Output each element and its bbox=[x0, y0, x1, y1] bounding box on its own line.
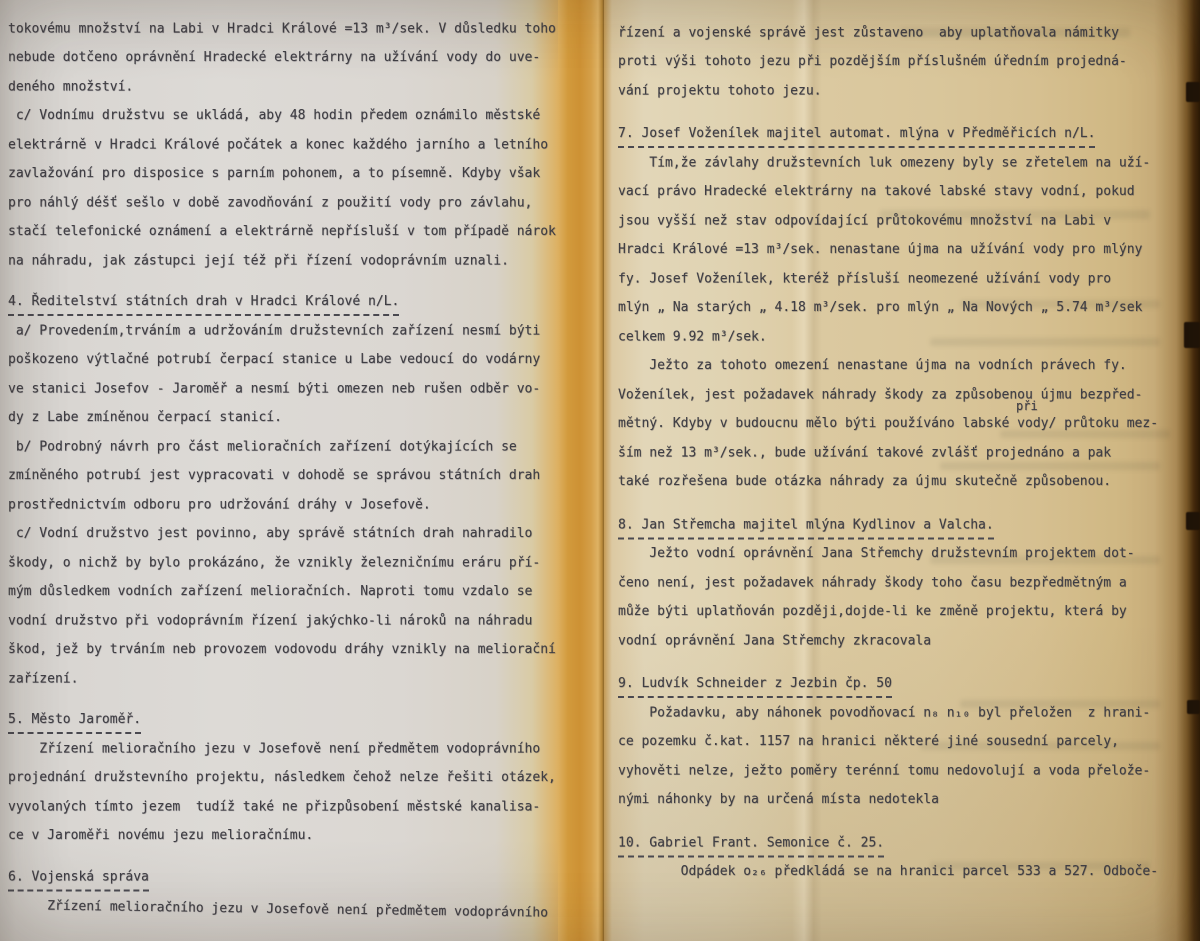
left-page-text: tokovému množství na Labi v Hradci Králo… bbox=[8, 14, 604, 920]
text-line: elektrárně v Hradci Králové počátek a ko… bbox=[8, 131, 604, 160]
section-heading: 6. Vojenská správa bbox=[8, 863, 604, 892]
text-line: Ježto za tohoto omezení nenastane újma n… bbox=[618, 351, 1196, 380]
text-line: škody, o nichž by bylo prokázáno, že vzn… bbox=[8, 549, 604, 578]
section-heading: 10. Gabriel Frant. Semonice č. 25. bbox=[618, 829, 1196, 858]
text-line: fy. Josef Voženílek, kteréž přísluší neo… bbox=[618, 265, 1196, 294]
text-line: stačí telefonické oznámení a elektrárně … bbox=[8, 217, 604, 246]
text-line: Zřízení melioračního jezu v Josefově nen… bbox=[8, 735, 604, 764]
text-line: nebude dotčeno oprávnění Hradecké elektr… bbox=[8, 43, 604, 72]
section-heading: 5. Město Jaroměř. bbox=[8, 705, 604, 734]
text-line: tokovému množství na Labi v Hradci Králo… bbox=[8, 15, 604, 44]
text-line: Požadavku, aby náhonek povodňovací n₈ n₁… bbox=[618, 699, 1196, 728]
text-line: Tím,že závlahy družstevních luk omezeny … bbox=[618, 149, 1196, 178]
text-line: ším než 13 m³/sek., bude užívání takové … bbox=[618, 439, 1196, 468]
text-line: mým důsledkem vodních zařízení melioračn… bbox=[8, 577, 604, 606]
text-line: čeno není, jest požadavek náhrady škody … bbox=[618, 569, 1196, 598]
text-line: vyhověti nelze, ježto poměry terénní tom… bbox=[618, 757, 1196, 786]
text-line: Hradci Králové =13 m³/sek. nenastane újm… bbox=[618, 235, 1196, 264]
text-line: může býti uplatňován později,dojde-li ke… bbox=[618, 597, 1196, 626]
section-heading: 9. Ludvík Schneider z Jezbin čp. 50 bbox=[618, 669, 1196, 698]
text-line: škod, jež by trváním neb provozem vodovo… bbox=[8, 635, 604, 664]
text-line: vací právo Hradecké elektrárny na takové… bbox=[618, 177, 1196, 206]
text-line: ce v Jaroměři novému jezu melioračnímu. bbox=[8, 821, 604, 850]
text-line: vodní družstvo při vodoprávním řízení ja… bbox=[8, 607, 604, 636]
ink-blot bbox=[1184, 322, 1200, 348]
section-heading-text: 10. Gabriel Frant. Semonice č. 25. bbox=[618, 832, 884, 858]
text-line: vyvolaných tímto jezem tudíž také ne při… bbox=[8, 793, 604, 822]
right-page-text: řízení a vojenské správě jest zůstaveno … bbox=[618, 18, 1196, 886]
text-line: také rozřešena bude otázka náhrady za új… bbox=[618, 467, 1196, 496]
ink-blot bbox=[1186, 512, 1200, 530]
section-heading: 4. Ředitelství státních drah v Hradci Kr… bbox=[8, 287, 604, 316]
text-line: jsou vyšší než stav odpovídající průtoko… bbox=[618, 207, 1196, 236]
section-heading-text: 4. Ředitelství státních drah v Hradci Kr… bbox=[8, 290, 399, 316]
text-line: projednání družstevního projektu, násled… bbox=[8, 763, 604, 792]
text-line: Ježto vodní oprávnění Jana Střemchy druž… bbox=[618, 539, 1196, 568]
text-line: Odpádek o₂₆ předkládá se na hranici parc… bbox=[618, 857, 1196, 886]
text-line: ve stanici Josefov - Jaroměř a nesmí být… bbox=[8, 375, 604, 404]
section-heading-text: 8. Jan Střemcha majitel mlýna Kydlinov a… bbox=[618, 514, 994, 540]
section-heading-text: 5. Město Jaroměř. bbox=[8, 708, 141, 734]
text-line: mětný. Kdyby v budoucnu mělo býti použív… bbox=[618, 409, 1196, 438]
ink-blot bbox=[1187, 700, 1200, 714]
text-line: zařízení. bbox=[8, 665, 604, 694]
section-heading-text: 7. Josef Voženílek majitel automat. mlýn… bbox=[618, 122, 1095, 148]
ink-blot bbox=[1186, 82, 1200, 102]
text-line: celkem 9.92 m³/sek. bbox=[618, 323, 1196, 352]
text-line: c/ Vodní družstvo jest povinno, aby sprá… bbox=[8, 519, 604, 548]
text-line: deného množství. bbox=[8, 73, 604, 102]
text-line: zmíněného potrubí jest vypracovati v doh… bbox=[8, 461, 604, 490]
text-line: b/ Podrobný návrh pro část melioračních … bbox=[8, 433, 604, 462]
text-line: vodní oprávnění Jana Střemchy zkracovala bbox=[618, 627, 1196, 656]
text-line: a/ Provedením,trváním a udržováním družs… bbox=[8, 317, 604, 346]
document-scan: tokovému množství na Labi v Hradci Králo… bbox=[0, 0, 1200, 941]
section-heading-text: 6. Vojenská správa bbox=[8, 866, 149, 892]
text-line: nými náhonky by na určená místa nedotekl… bbox=[618, 785, 1196, 814]
section-heading: 7. Josef Voženílek majitel automat. mlýn… bbox=[618, 119, 1196, 148]
section-heading-text: 9. Ludvík Schneider z Jezbin čp. 50 bbox=[618, 672, 892, 698]
text-line: pro náhlý déšť sešlo v době zavodňování … bbox=[8, 189, 604, 218]
text-line: vání projektu tohoto jezu. bbox=[618, 77, 1196, 106]
text-line: zavlažování pro disposice s parním pohon… bbox=[8, 159, 604, 188]
text-line: ce pozemku č.kat. 1157 na hranici někter… bbox=[618, 727, 1196, 756]
text-line: poškozeno výtlačné potrubí čerpací stani… bbox=[8, 345, 604, 374]
text-line: na náhradu, jak zástupci její též při ří… bbox=[8, 247, 604, 276]
section-heading: 8. Jan Střemcha majitel mlýna Kydlinov a… bbox=[618, 511, 1196, 540]
text-line: dy z Labe zmíněnou čerpací stanicí. bbox=[8, 403, 604, 432]
text-line: řízení a vojenské správě jest zůstaveno … bbox=[618, 19, 1196, 48]
text-line: prostřednictvím odboru pro udržování drá… bbox=[8, 491, 604, 520]
text-line: proti výši tohoto jezu při pozdějším pří… bbox=[618, 47, 1196, 76]
text-line: mlýn „ Na starých „ 4.18 m³/sek. pro mlý… bbox=[618, 293, 1196, 322]
text-line: c/ Vodnímu družstvu se ukládá, aby 48 ho… bbox=[8, 101, 604, 130]
typed-insertion-above-line: při bbox=[1016, 399, 1038, 413]
text-line: Voženílek, jest požadavek náhrady škody … bbox=[618, 381, 1196, 410]
